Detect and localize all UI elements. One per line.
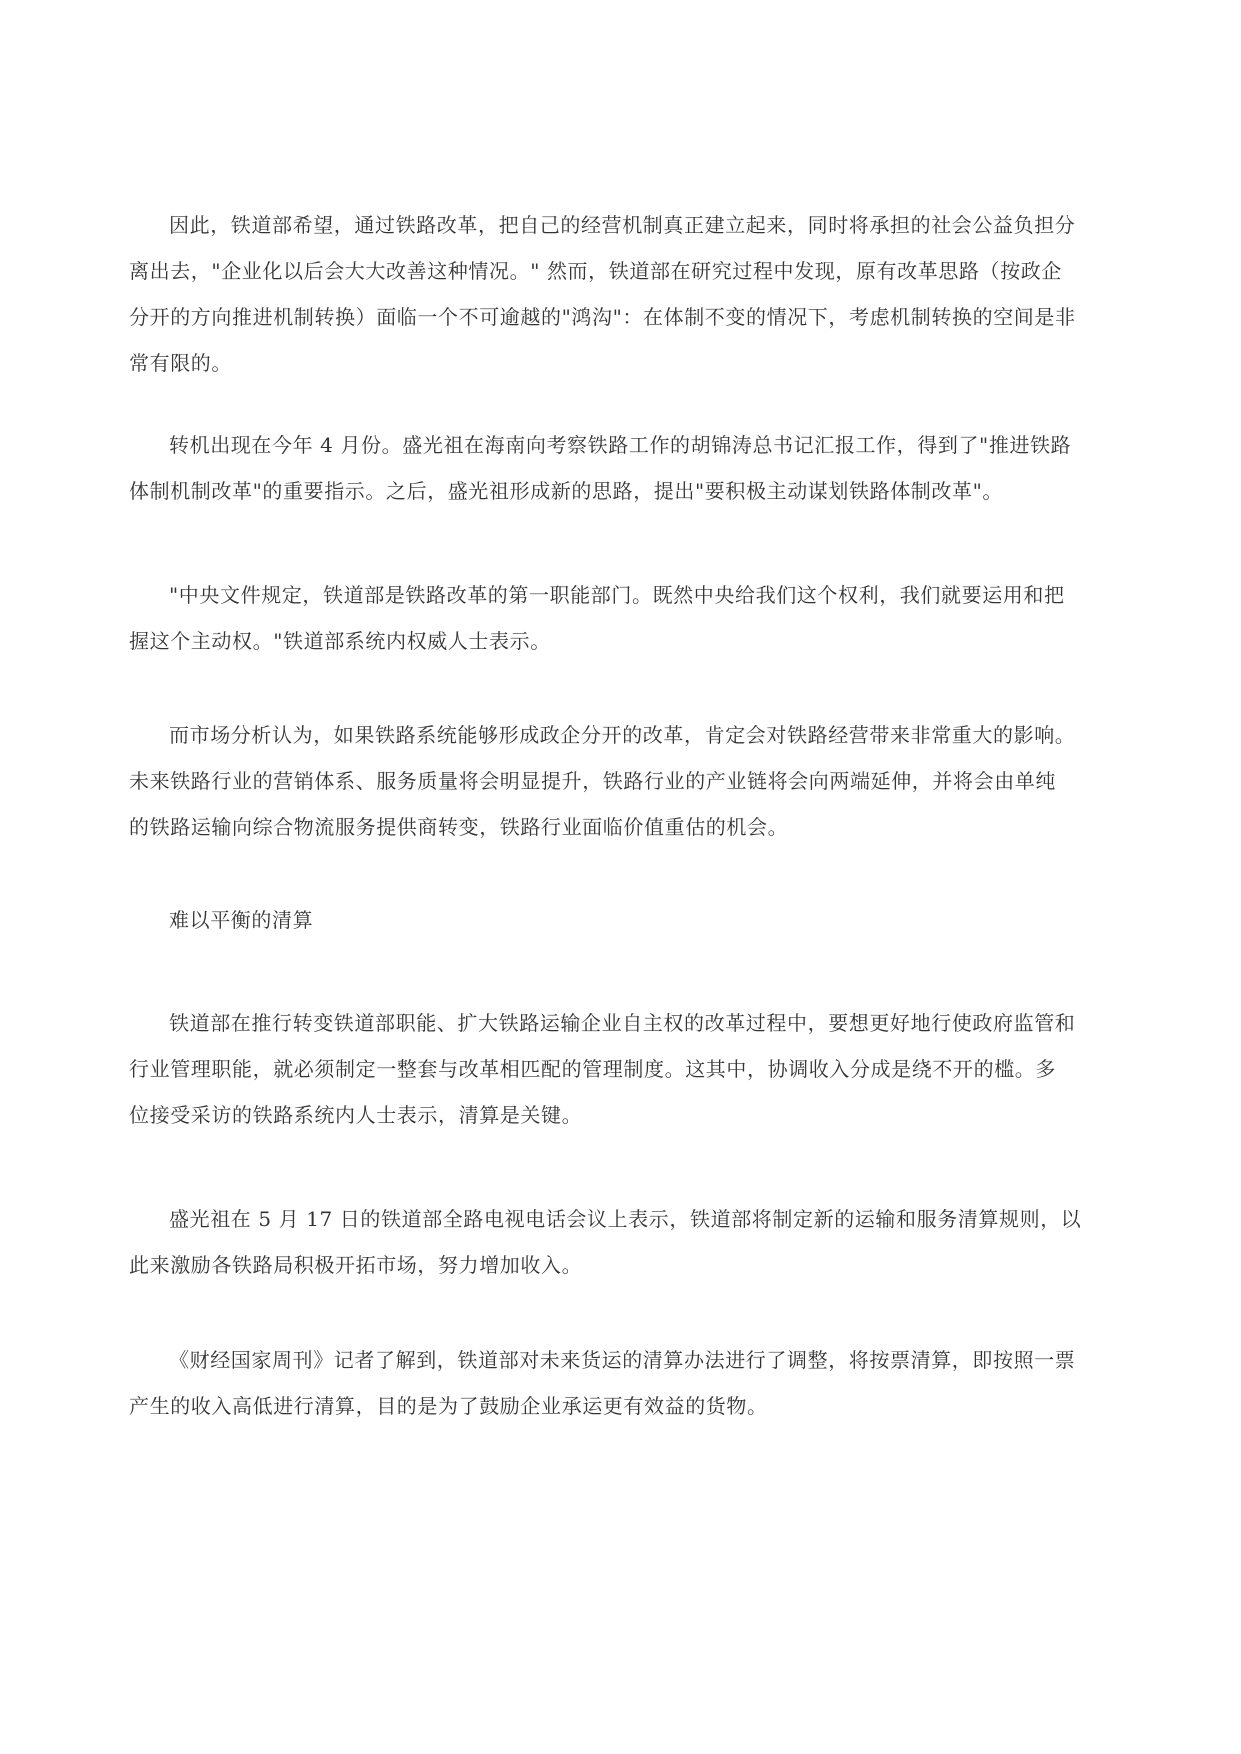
paragraph-reform-goal: 因此，铁道部希望，通过铁路改革，把自己的经营机制真正建立起来，同时将承担的社会公… — [129, 202, 1129, 386]
text-line: 行业管理职能，就必须制定一整套与改革相匹配的管理制度。这其中，协调收入分成是绕不… — [129, 1046, 1129, 1092]
text-line: 因此，铁道部希望，通过铁路改革，把自己的经营机制真正建立起来，同时将承担的社会公… — [129, 202, 1129, 248]
document-page: 因此，铁道部希望，通过铁路改革，把自己的经营机制真正建立起来，同时将承担的社会公… — [0, 0, 1241, 1754]
section-heading-text: 难以平衡的清算 — [129, 897, 1129, 943]
text-line: 产生的收入高低进行清算，目的是为了鼓励企业承运更有效益的货物。 — [129, 1383, 1129, 1429]
paragraph-market-analysis: 而市场分析认为，如果铁路系统能够形成政企分开的改革，肯定会对铁路经营带来非常重大… — [129, 712, 1129, 850]
paragraph-turning-point: 转机出现在今年 4 月份。盛光祖在海南向考察铁路工作的胡锦涛总书记汇报工作，得到… — [129, 422, 1129, 514]
text-line: 常有限的。 — [129, 340, 1129, 386]
text-line: 铁道部在推行转变铁道部职能、扩大铁路运输企业自主权的改革过程中，要想更好地行使政… — [129, 1000, 1129, 1046]
text-line: 离出去，"企业化以后会大大改善这种情况。" 然而，铁道部在研究过程中发现，原有改… — [129, 248, 1129, 294]
text-line: 转机出现在今年 4 月份。盛光祖在海南向考察铁路工作的胡锦涛总书记汇报工作，得到… — [129, 422, 1129, 468]
text-line: 握这个主动权。"铁道部系统内权威人士表示。 — [129, 618, 1129, 664]
text-line: 体制机制改革"的重要指示。之后，盛光祖形成新的思路，提出"要积极主动谋划铁路体制… — [129, 468, 1129, 514]
text-line: 的铁路运输向综合物流服务提供商转变，铁路行业面临价值重估的机会。 — [129, 804, 1129, 850]
text-line: 此来激励各铁路局积极开拓市场，努力增加收入。 — [129, 1242, 1129, 1288]
section-heading: 难以平衡的清算 — [129, 897, 1129, 943]
text-line: 而市场分析认为，如果铁路系统能够形成政企分开的改革，肯定会对铁路经营带来非常重大… — [129, 712, 1129, 758]
paragraph-freight-settlement: 《财经国家周刊》记者了解到，铁道部对未来货运的清算办法进行了调整，将按票清算，即… — [129, 1337, 1129, 1429]
text-line: 位接受采访的铁路系统内人士表示，清算是关键。 — [129, 1092, 1129, 1138]
text-line: 盛光祖在 5 月 17 日的铁道部全路电视电话会议上表示，铁道部将制定新的运输和… — [129, 1196, 1129, 1242]
paragraph-new-rules: 盛光祖在 5 月 17 日的铁道部全路电视电话会议上表示，铁道部将制定新的运输和… — [129, 1196, 1129, 1288]
text-line: 未来铁路行业的营销体系、服务质量将会明显提升，铁路行业的产业链将会向两端延伸，并… — [129, 758, 1129, 804]
text-line: 《财经国家周刊》记者了解到，铁道部对未来货运的清算办法进行了调整，将按票清算，即… — [129, 1337, 1129, 1383]
paragraph-settlement-key: 铁道部在推行转变铁道部职能、扩大铁路运输企业自主权的改革过程中，要想更好地行使政… — [129, 1000, 1129, 1138]
text-line: 分开的方向推进机制转换）面临一个不可逾越的"鸿沟"：在体制不变的情况下，考虑机制… — [129, 294, 1129, 340]
paragraph-central-document: "中央文件规定，铁道部是铁路改革的第一职能部门。既然中央给我们这个权利，我们就要… — [129, 572, 1129, 664]
text-line: "中央文件规定，铁道部是铁路改革的第一职能部门。既然中央给我们这个权利，我们就要… — [129, 572, 1129, 618]
